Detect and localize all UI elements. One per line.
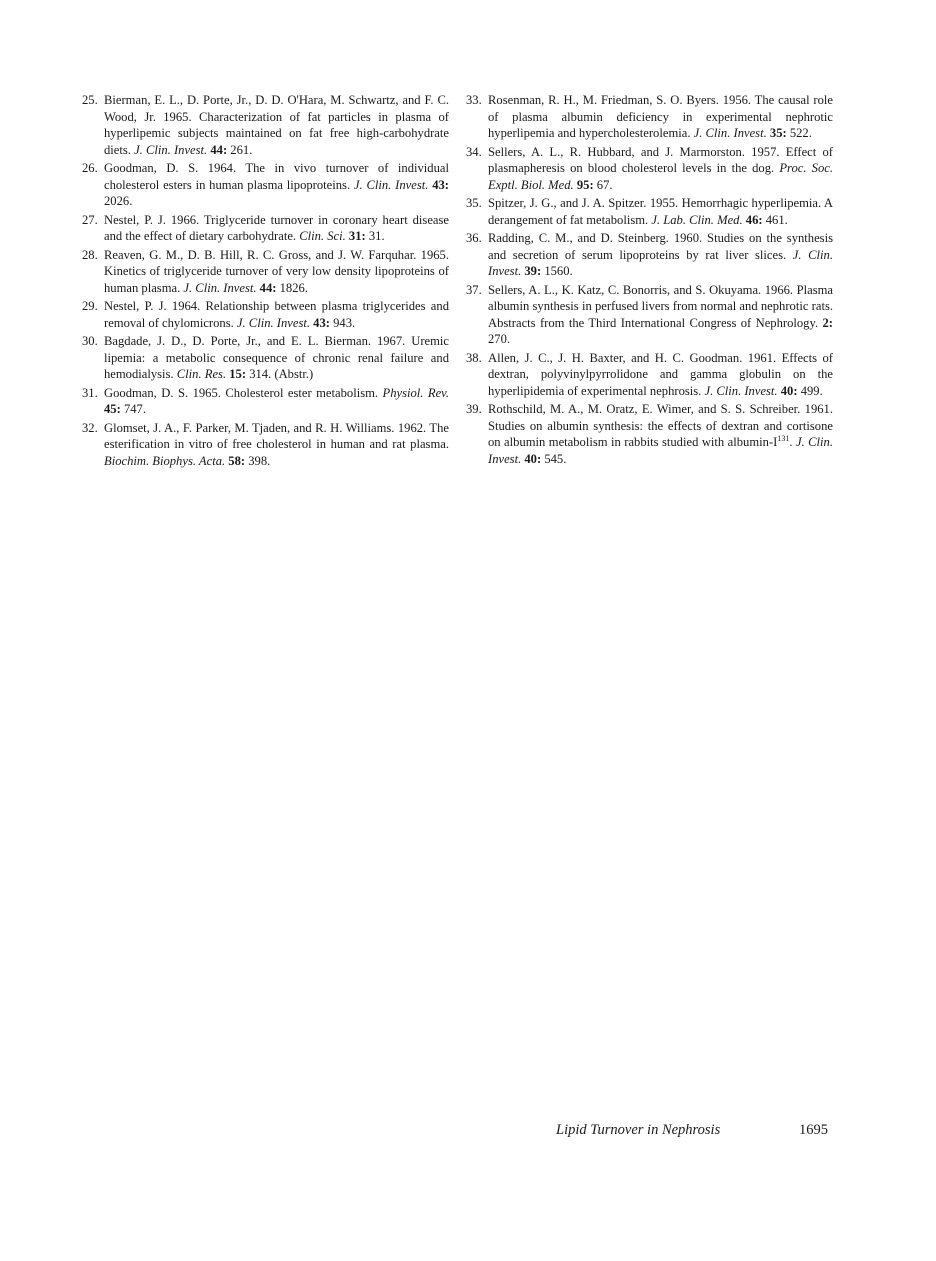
running-title: Lipid Turnover in Nephrosis (556, 1122, 720, 1139)
reference-item: 37.Sellers, A. L., K. Katz, C. Bonorris,… (466, 282, 833, 348)
journal-name: J. Clin. Invest. (134, 143, 207, 157)
volume-number: 40: (781, 384, 798, 398)
volume-number: 95: (577, 178, 594, 192)
journal-name: Clin. Res. (177, 367, 226, 381)
reference-text: 461. (763, 213, 788, 227)
reference-text: 943. (330, 316, 355, 330)
volume-number: 39: (524, 264, 541, 278)
reference-number: 33. (466, 92, 482, 109)
volume-number: 40: (524, 452, 541, 466)
reference-text: 261. (227, 143, 252, 157)
reference-item: 32.Glomset, J. A., F. Parker, M. Tjaden,… (82, 420, 449, 470)
volume-number: 43: (432, 178, 449, 192)
reference-item: 25.Bierman, E. L., D. Porte, Jr., D. D. … (82, 92, 449, 158)
reference-item: 31.Goodman, D. S. 1965. Cholesterol este… (82, 385, 449, 418)
reference-text: 747. (121, 402, 146, 416)
volume-number: 35: (770, 126, 787, 140)
volume-number: 31: (349, 229, 366, 243)
reference-number: 29. (82, 298, 98, 315)
volume-number: 15: (229, 367, 246, 381)
volume-number: 43: (313, 316, 330, 330)
page-footer: Lipid Turnover in Nephrosis 1695 (556, 1122, 828, 1139)
reference-text: Radding, C. M., and D. Steinberg. 1960. … (488, 231, 833, 262)
reference-number: 26. (82, 160, 98, 177)
reference-number: 25. (82, 92, 98, 109)
references-right-column: 33.Rosenman, R. H., M. Friedman, S. O. B… (466, 92, 833, 469)
reference-item: 30.Bagdade, J. D., D. Porte, Jr., and E.… (82, 333, 449, 383)
journal-name: Biochim. Biophys. Acta. (104, 454, 225, 468)
reference-text: 270. (488, 332, 510, 346)
volume-number: 45: (104, 402, 121, 416)
reference-number: 38. (466, 350, 482, 367)
volume-number: 44: (210, 143, 227, 157)
reference-item: 28.Reaven, G. M., D. B. Hill, R. C. Gros… (82, 247, 449, 297)
journal-name: J. Clin. Invest. (237, 316, 310, 330)
journal-name: Physiol. Rev. (383, 386, 449, 400)
reference-text: 499. (798, 384, 823, 398)
volume-number: 46: (746, 213, 763, 227)
reference-text: . (789, 435, 796, 449)
page-number: 1695 (799, 1122, 828, 1139)
reference-number: 36. (466, 230, 482, 247)
journal-name: Clin. Sci. (299, 229, 346, 243)
journal-name: J. Clin. Invest. (694, 126, 767, 140)
reference-text: 31. (366, 229, 385, 243)
reference-text: 131 (777, 434, 789, 443)
volume-number: 2: (823, 316, 834, 330)
reference-text: 67. (594, 178, 613, 192)
reference-item: 26.Goodman, D. S. 1964. The in vivo turn… (82, 160, 449, 210)
reference-number: 39. (466, 401, 482, 418)
volume-number: 58: (228, 454, 245, 468)
reference-item: 39.Rothschild, M. A., M. Oratz, E. Wimer… (466, 401, 833, 467)
reference-number: 30. (82, 333, 98, 350)
reference-number: 27. (82, 212, 98, 229)
reference-item: 27.Nestel, P. J. 1966. Triglyceride turn… (82, 212, 449, 245)
reference-text: 314. (Abstr.) (246, 367, 313, 381)
reference-text: 398. (245, 454, 270, 468)
reference-text: 2026. (104, 194, 132, 208)
reference-text: 545. (541, 452, 566, 466)
references-left-column: 25.Bierman, E. L., D. Porte, Jr., D. D. … (82, 92, 449, 471)
reference-item: 34.Sellers, A. L., R. Hubbard, and J. Ma… (466, 144, 833, 194)
reference-number: 34. (466, 144, 482, 161)
reference-item: 29.Nestel, P. J. 1964. Relationship betw… (82, 298, 449, 331)
journal-name: J. Lab. Clin. Med. (651, 213, 742, 227)
journal-name: J. Clin. Invest. (183, 281, 256, 295)
reference-text: Sellers, A. L., K. Katz, C. Bonorris, an… (488, 283, 833, 330)
reference-text: Goodman, D. S. 1965. Cholesterol ester m… (104, 386, 383, 400)
reference-item: 38.Allen, J. C., J. H. Baxter, and H. C.… (466, 350, 833, 400)
reference-text: Nestel, P. J. 1966. Triglyceride turnove… (104, 213, 449, 244)
reference-text: 1826. (276, 281, 307, 295)
reference-number: 35. (466, 195, 482, 212)
journal-name: J. Clin. Invest. (354, 178, 428, 192)
reference-item: 35.Spitzer, J. G., and J. A. Spitzer. 19… (466, 195, 833, 228)
reference-text: 1560. (541, 264, 572, 278)
reference-item: 36.Radding, C. M., and D. Steinberg. 196… (466, 230, 833, 280)
volume-number: 44: (260, 281, 277, 295)
reference-text: Glomset, J. A., F. Parker, M. Tjaden, an… (104, 421, 449, 452)
reference-number: 31. (82, 385, 98, 402)
journal-name: J. Clin. Invest. (704, 384, 777, 398)
reference-text: 522. (787, 126, 812, 140)
reference-number: 32. (82, 420, 98, 437)
reference-item: 33.Rosenman, R. H., M. Friedman, S. O. B… (466, 92, 833, 142)
reference-number: 37. (466, 282, 482, 299)
reference-number: 28. (82, 247, 98, 264)
